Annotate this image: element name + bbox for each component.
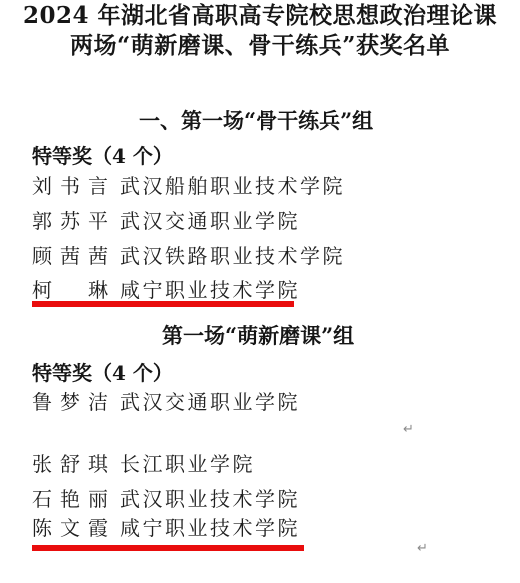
winner-row: 鲁梦洁武汉交通职业学院 (32, 392, 300, 413)
winner-row: 顾茜茜武汉铁路职业技术学院 (32, 246, 345, 267)
winner-name: 石艳丽 (32, 489, 108, 510)
section-1-heading: 一、第一场“骨干练兵”组 (139, 109, 373, 132)
section-2-heading: 第一场“萌新磨课”组 (162, 324, 354, 347)
winner-name: 鲁梦洁 (32, 392, 108, 413)
document-page: 2024 年湖北省高职高专院校思想政治理论课 两场“萌新磨课、骨干练兵”获奖名单… (0, 0, 520, 583)
winner-row: 刘书言武汉船舶职业技术学院 (32, 176, 345, 197)
winner-school: 武汉铁路职业技术学院 (120, 246, 345, 267)
winner-school: 武汉职业技术学院 (120, 489, 300, 510)
winner-name: 陈文霞 (32, 518, 108, 539)
winner-name: 顾茜茜 (32, 246, 108, 267)
red-underline (32, 301, 294, 307)
document-title: 2024 年湖北省高职高专院校思想政治理论课 两场“萌新磨课、骨干练兵”获奖名单 (0, 1, 520, 61)
document-title-line1: 2024 年湖北省高职高专院校思想政治理论课 (0, 1, 520, 31)
section-1-award-label: 特等奖（4 个） (32, 145, 173, 167)
paragraph-return-icon: ↵ (403, 423, 414, 436)
winner-name: 张舒琪 (32, 454, 108, 475)
winner-school: 武汉交通职业学院 (120, 392, 300, 413)
section-2-award-label: 特等奖（4 个） (32, 362, 173, 384)
winner-name: 柯琳 (32, 280, 108, 301)
red-underline (32, 545, 304, 551)
winner-school: 长江职业学院 (120, 454, 255, 475)
winner-name: 郭苏平 (32, 211, 108, 232)
winner-row: 石艳丽武汉职业技术学院 (32, 489, 300, 510)
winner-school: 武汉交通职业学院 (120, 211, 300, 232)
winner-row: 陈文霞咸宁职业技术学院 (32, 518, 300, 539)
winner-row: 张舒琪长江职业学院 (32, 454, 255, 475)
paragraph-return-icon: ↵ (417, 542, 428, 555)
document-title-line2: 两场“萌新磨课、骨干练兵”获奖名单 (0, 31, 520, 61)
winner-row: 柯琳咸宁职业技术学院 (32, 280, 300, 301)
winner-school: 武汉船舶职业技术学院 (120, 176, 345, 197)
winner-school: 咸宁职业技术学院 (120, 280, 300, 301)
winner-row: 郭苏平武汉交通职业学院 (32, 211, 300, 232)
winner-school: 咸宁职业技术学院 (120, 518, 300, 539)
winner-name: 刘书言 (32, 176, 108, 197)
